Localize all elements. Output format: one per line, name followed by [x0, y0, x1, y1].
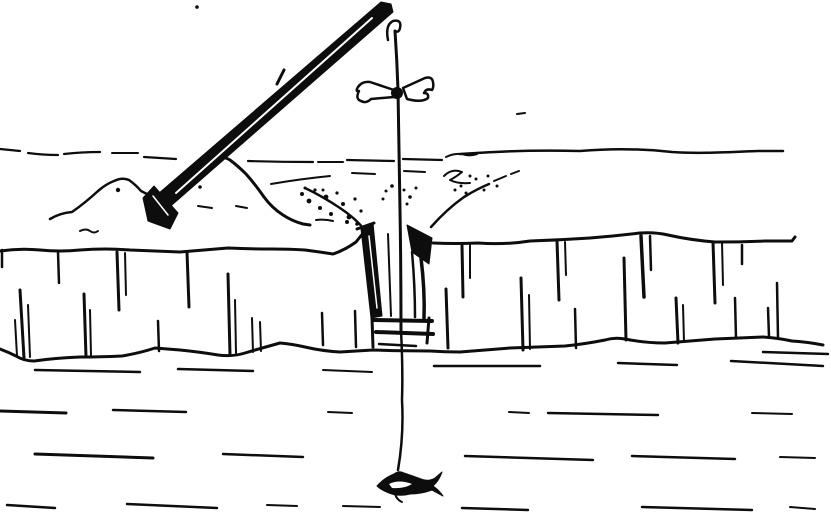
slush-dots-left-dot: [353, 197, 356, 200]
water-dash-9: [113, 410, 186, 412]
flag-knot-dot: [391, 87, 403, 99]
horizon-left-2: [28, 153, 58, 155]
ice-hatch-top-11: [713, 242, 715, 303]
slush-dots-right-dot: [465, 192, 468, 195]
water-dash-19: [7, 505, 55, 508]
flag-knot: [391, 87, 403, 99]
water-dash-18: [780, 457, 815, 458]
hole-foot-bar-2: [376, 332, 433, 334]
ice-hatch-bottom-7: [228, 274, 230, 355]
slush-dots-mast-dot: [408, 195, 412, 199]
hole-foot-right-edge: [427, 318, 429, 343]
ice-hatch-bottom-17: [624, 258, 626, 340]
water-dash-7: [763, 352, 828, 354]
water-dash-5: [618, 363, 677, 365]
ice-hatch-bottom-6: [158, 321, 159, 351]
horizon-at-mast-left: [347, 160, 394, 161]
ice-hatch-top-1: [58, 252, 59, 283]
water-dash-6: [731, 361, 823, 366]
slush-dots-right-dot: [496, 185, 499, 188]
hole-right-wall-stroke: [421, 258, 424, 319]
slush-dots-right-dot: [454, 189, 457, 192]
water-dash-21: [267, 505, 297, 506]
water-dash-10: [328, 412, 352, 413]
sky-dot-dot: [195, 5, 199, 9]
horizon-left-3: [64, 152, 100, 154]
slush-dots-left-dot: [307, 199, 312, 204]
slush-dots-mast-dot: [403, 189, 406, 192]
slush-dots-left-dot: [324, 195, 329, 200]
water-dash-15: [223, 454, 303, 457]
ice-fishing-drawing: [0, 0, 831, 516]
slush-dots-left-dot: [335, 191, 338, 194]
ice-hatch-top-7: [557, 241, 559, 300]
slush-dots-left-dot: [347, 215, 352, 220]
slush-dots-mast-dot: [390, 184, 394, 188]
ice-hatch-bottom-13: [446, 289, 448, 348]
ice-hatch-top-2: [117, 252, 119, 310]
slush-squiggle-right: [444, 171, 470, 184]
ice-hatch-top-10: [650, 236, 651, 270]
slush-dots-mast-dot: [415, 187, 418, 190]
crater-left-curve: [305, 188, 364, 229]
ice-hatch-bottom-2: [28, 305, 30, 357]
snow-mound-small: [50, 179, 147, 219]
water-dash-17: [632, 456, 735, 459]
hole-right-inner-stroke: [412, 252, 415, 317]
ice-hatch-bottom-20: [735, 298, 736, 338]
ice-hatch-top-8: [565, 242, 566, 275]
mound-dash-1: [198, 206, 212, 208]
slush-dots-right-dot: [487, 175, 490, 178]
mound-dots-dot: [116, 188, 120, 192]
hole-foot-left-edge: [372, 318, 373, 347]
water-dash-2: [178, 369, 253, 371]
ice-bottom-edge: [0, 337, 823, 361]
ice-hatch-bottom-15: [529, 295, 530, 349]
crater-left-outer-b: [352, 173, 375, 174]
slush-dots-left-dot: [355, 222, 359, 226]
hole-inner-left-stroke: [388, 234, 391, 316]
ice-hatch-bottom-21: [768, 308, 769, 337]
slush-dots-left-dot: [345, 220, 349, 224]
water-dash-20: [127, 504, 217, 508]
slush-dots-left-dot: [329, 212, 333, 216]
water-dash-22: [343, 506, 380, 507]
water-dash-24: [642, 507, 752, 510]
horizon-left-1: [0, 149, 20, 151]
slush-dots-right-dot: [475, 178, 478, 181]
slush-dots-left-dot: [318, 206, 322, 210]
crater-right-curve: [431, 184, 489, 227]
slush-dots-left-dot: [313, 188, 316, 191]
sky-dot: [195, 5, 199, 9]
slush-dots-mast-dot: [382, 198, 385, 201]
flag-right-wing: [403, 78, 433, 101]
slush-dots-right-dot: [483, 189, 486, 192]
slush-dots-left-dot: [300, 192, 304, 196]
hole-foot-bar-1: [373, 320, 432, 321]
water-dash-1: [35, 370, 140, 372]
slush-dots-mast-dot: [406, 203, 409, 206]
ice-hatch-bottom-22: [777, 283, 778, 338]
slush-dots-left-dot: [304, 187, 307, 190]
water-dash-23: [462, 508, 528, 510]
flag-left-wing: [357, 82, 394, 102]
ice-hatch-bottom-19: [683, 305, 684, 342]
ice-hatch-bottom-5: [90, 310, 91, 356]
ice-hatch-bottom-11: [322, 313, 323, 345]
ice-hatch-top-5: [462, 245, 463, 297]
water-dash-13: [752, 413, 792, 414]
ice-spud-branch-stub: [277, 70, 284, 84]
crater-right-dash-1: [494, 176, 506, 181]
tipup-mast: [395, 31, 401, 330]
ice-hatch-top-3: [125, 253, 126, 295]
ice-spud-shaft-gap: [176, 18, 372, 193]
shore-ridge-right: [404, 171, 425, 172]
ice-hatch-bottom-18: [676, 298, 678, 343]
ice-hatch-bottom-16: [575, 309, 576, 348]
ice-hatch-bottom-14: [521, 278, 523, 350]
ice-top-edge-left: [0, 232, 364, 254]
ice-spud-underside: [166, 9, 391, 205]
ice-hatch-bottom-1: [20, 290, 24, 358]
water-dash-14: [35, 454, 153, 458]
mound-tail-dash: [316, 220, 333, 221]
water-dash-12: [548, 413, 658, 415]
horizon-mid-1: [248, 161, 313, 162]
ice-hatch-top-4: [187, 252, 189, 307]
slush-dots-left-dot: [359, 209, 362, 212]
mound-dash-2: [236, 206, 247, 208]
illustration-canvas: [0, 0, 831, 516]
slush-dots-right-dot: [469, 175, 472, 178]
hole-left-wall: [361, 223, 382, 318]
ice-hatch-top-9: [641, 236, 644, 297]
water-dash-25: [790, 507, 815, 509]
water-dash-3: [323, 370, 372, 372]
water-dash-16: [465, 456, 593, 460]
water-dash-8: [0, 411, 66, 413]
ice-hatch-bottom-8: [235, 300, 236, 353]
ice-hatch-bottom-10: [260, 322, 261, 351]
ice-top-edge-right: [433, 233, 795, 244]
crater-left-outer-a: [271, 176, 330, 184]
slush-dots-mast-dot: [385, 190, 388, 193]
water-dash-11: [509, 412, 529, 413]
slush-dots-right-dot: [460, 185, 463, 188]
hole-foot-bar-3: [379, 344, 416, 346]
ice-hatch-top-12: [722, 242, 723, 285]
slush-dots-left-dot: [341, 202, 345, 206]
ice-hatch-bottom-12: [355, 311, 356, 347]
horizon-left-5: [144, 157, 176, 159]
ice-hatch-bottom-4: [84, 294, 86, 357]
horizon-at-mast-right: [403, 159, 442, 160]
sky-dash: [517, 113, 525, 114]
snow-squiggle: [80, 230, 98, 233]
slush-dots-left-dot: [322, 189, 325, 192]
ice-hatch-bottom-3: [15, 320, 17, 356]
ice-hatch-bottom-9: [252, 318, 253, 352]
crater-right-dash-2: [511, 171, 519, 174]
mound-dots-dot: [198, 185, 202, 189]
horizon-right: [460, 149, 783, 154]
